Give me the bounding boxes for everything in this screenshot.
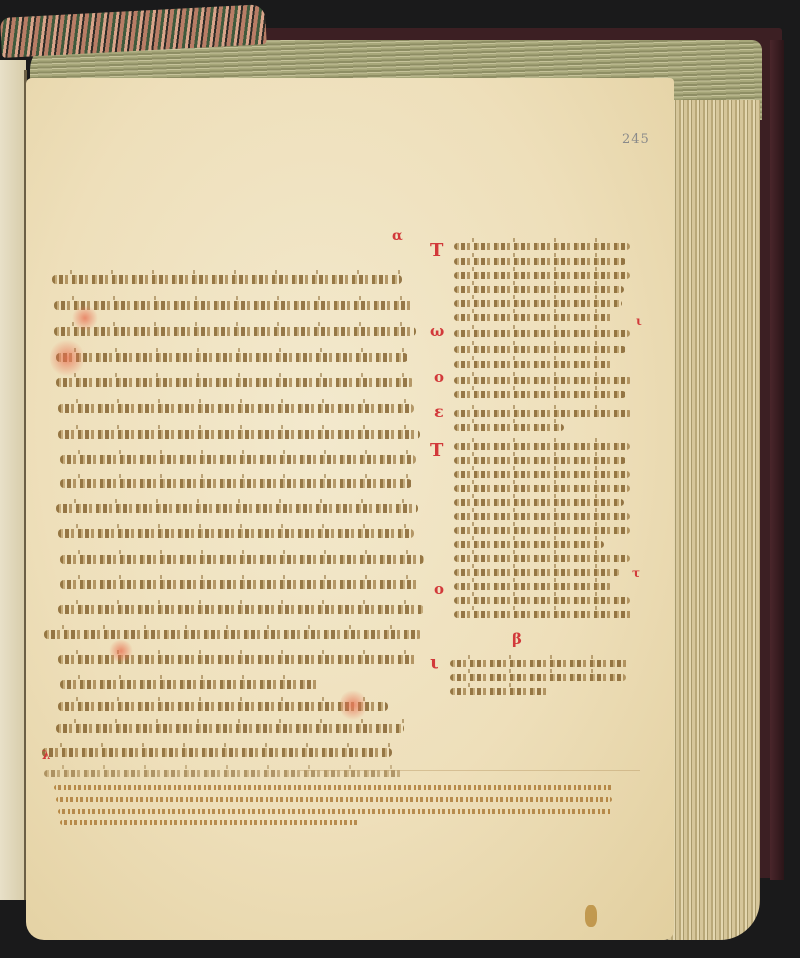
text-line bbox=[58, 404, 414, 413]
text-line bbox=[454, 300, 622, 307]
footnote-line bbox=[58, 809, 612, 814]
text-line bbox=[454, 330, 630, 337]
text-line bbox=[44, 770, 404, 777]
text-line bbox=[454, 583, 612, 590]
text-line bbox=[60, 555, 424, 564]
rubric-initial: ο bbox=[434, 580, 444, 598]
text-line bbox=[54, 301, 414, 310]
text-line bbox=[454, 377, 632, 384]
text-line bbox=[450, 688, 550, 695]
text-line bbox=[454, 361, 614, 368]
text-line bbox=[454, 541, 604, 548]
red-blot bbox=[50, 338, 84, 378]
text-line bbox=[454, 457, 626, 464]
rubric-initial: ι bbox=[430, 652, 439, 673]
footnote-line bbox=[56, 797, 612, 802]
text-line bbox=[56, 504, 418, 513]
verso-page-edge bbox=[0, 60, 26, 900]
text-line bbox=[454, 527, 630, 534]
footnote-line bbox=[60, 820, 360, 825]
rubric-initial: Τ bbox=[430, 440, 443, 461]
marginal-red-mark: τ bbox=[632, 566, 640, 580]
page-block-fore-edge bbox=[660, 100, 760, 940]
folio-number: 245 bbox=[622, 132, 650, 147]
text-line bbox=[454, 499, 624, 506]
rubric-mark-top: α bbox=[392, 228, 403, 244]
text-line bbox=[454, 346, 626, 353]
text-line bbox=[56, 353, 408, 362]
rubric-initial: Τ bbox=[430, 240, 443, 261]
text-line bbox=[56, 378, 414, 387]
red-blot bbox=[340, 688, 366, 722]
cover-edge bbox=[770, 40, 784, 880]
text-line bbox=[454, 314, 614, 321]
text-line bbox=[454, 286, 624, 293]
text-line bbox=[454, 611, 634, 618]
text-line bbox=[58, 430, 420, 439]
text-line bbox=[52, 275, 402, 284]
text-line bbox=[58, 605, 424, 614]
text-line bbox=[454, 272, 630, 279]
text-line bbox=[454, 391, 626, 398]
text-line bbox=[454, 569, 620, 576]
text-line bbox=[454, 424, 564, 431]
text-line bbox=[454, 243, 630, 250]
ink-stain bbox=[585, 905, 597, 927]
text-line bbox=[60, 455, 416, 464]
rubric-initial: ε bbox=[434, 402, 444, 421]
section-marker: β bbox=[512, 630, 522, 648]
text-line bbox=[54, 327, 416, 336]
text-line bbox=[60, 680, 320, 689]
text-line bbox=[58, 529, 414, 538]
text-line bbox=[454, 471, 630, 478]
text-line bbox=[454, 443, 630, 450]
rubric-initial: ο bbox=[434, 368, 444, 386]
text-line bbox=[454, 513, 630, 520]
text-line bbox=[454, 410, 632, 417]
footnote-line bbox=[54, 785, 614, 790]
text-line bbox=[454, 258, 626, 265]
ruling-line bbox=[300, 770, 640, 771]
text-line bbox=[450, 674, 626, 681]
text-line bbox=[58, 702, 388, 711]
footnote-siglum: λ bbox=[42, 748, 50, 762]
text-line bbox=[44, 630, 422, 639]
red-blot bbox=[72, 305, 98, 331]
red-blot bbox=[108, 640, 134, 662]
text-line bbox=[60, 580, 420, 589]
text-line bbox=[454, 597, 630, 604]
text-line bbox=[454, 555, 630, 562]
text-line bbox=[56, 724, 404, 733]
text-line bbox=[450, 660, 630, 667]
text-line bbox=[60, 479, 412, 488]
text-line bbox=[454, 485, 630, 492]
rubric-initial: ω bbox=[430, 322, 444, 340]
text-line bbox=[42, 748, 392, 757]
marginal-red-mark: ι bbox=[636, 314, 642, 328]
